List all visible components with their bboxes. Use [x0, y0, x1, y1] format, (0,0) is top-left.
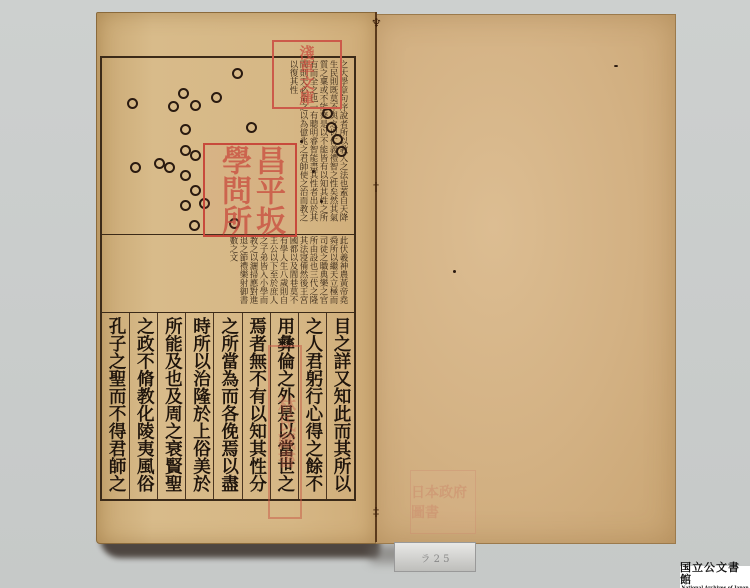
main-text-frame: 目之詳又知此而其所以為教則又皆本 之人君躬行心得之餘不待求之民生日 用彝倫之外是…: [100, 312, 356, 501]
square-seal-stamp: 昌平坂學問所: [203, 143, 297, 237]
text-column-6: 時所以治隆於上俗美於下而非後世之: [185, 313, 213, 499]
text-column-1: 目之詳又知此而其所以為教則又皆本: [326, 313, 354, 499]
punctuation-circle-icon: [190, 150, 201, 161]
middle-text-frame: [100, 232, 356, 313]
binding-knot-icon: †: [371, 180, 381, 194]
logo-japanese-text: 国立公文書館: [680, 562, 750, 586]
punctuation-circle-icon: [178, 88, 189, 99]
right-page-blank: [372, 14, 676, 544]
ink-mark: [453, 270, 456, 273]
text-column-4: 焉者無不有以知其性分之所固有職分: [242, 313, 270, 499]
punctuation-circle-icon: [332, 134, 343, 145]
punctuation-circle-icon: [130, 162, 141, 173]
text-column-5: 之所當為而各俛焉以盡其力此古昔盛: [213, 313, 241, 499]
punctuation-circle-icon: [336, 146, 347, 157]
ink-mark: [312, 170, 315, 173]
punctuation-circle-icon: [190, 100, 201, 111]
punctuation-circle-icon: [127, 98, 138, 109]
punctuation-circle-icon: [168, 101, 179, 112]
punctuation-circle-icon: [164, 162, 175, 173]
binding-knot-icon: ♆: [371, 16, 381, 30]
punctuation-circle-icon: [326, 122, 337, 133]
punctuation-circle-icon: [180, 200, 191, 211]
right-page-faint-seal: 日本政府圖書: [410, 470, 476, 534]
binding-thread: [375, 12, 377, 542]
ink-mark: [614, 65, 618, 67]
text-column-7: 所能及也及周之衰賢聖之君不作學校: [157, 313, 185, 499]
punctuation-circle-icon: [322, 108, 333, 119]
punctuation-circle-icon: [232, 68, 243, 79]
punctuation-circle-icon: [190, 185, 201, 196]
punctuation-circle-icon: [189, 220, 200, 231]
punctuation-circle-icon: [246, 122, 257, 133]
text-column-8: 之政不脩教化陵夷風俗頹敗時則有若: [129, 313, 157, 499]
ink-mark: [300, 140, 303, 143]
top-seal-stamp: 淺草文庫: [272, 40, 342, 109]
binding-knot-icon: ‡: [371, 505, 381, 519]
punctuation-circle-icon: [180, 170, 191, 181]
punctuation-circle-icon: [180, 124, 191, 135]
punctuation-circle-icon: [154, 158, 165, 169]
faint-seal-stamp: 林氏藏書: [268, 345, 302, 519]
text-column-9: 孔子之聖而不得君師之位以行其政教: [102, 313, 129, 499]
archive-logo: 国立公文書館 National Archives of Japan: [680, 566, 750, 588]
ink-mark: [320, 200, 323, 203]
punctuation-circle-icon: [211, 92, 222, 103]
call-number-tag: ラ 2 5: [394, 542, 476, 572]
